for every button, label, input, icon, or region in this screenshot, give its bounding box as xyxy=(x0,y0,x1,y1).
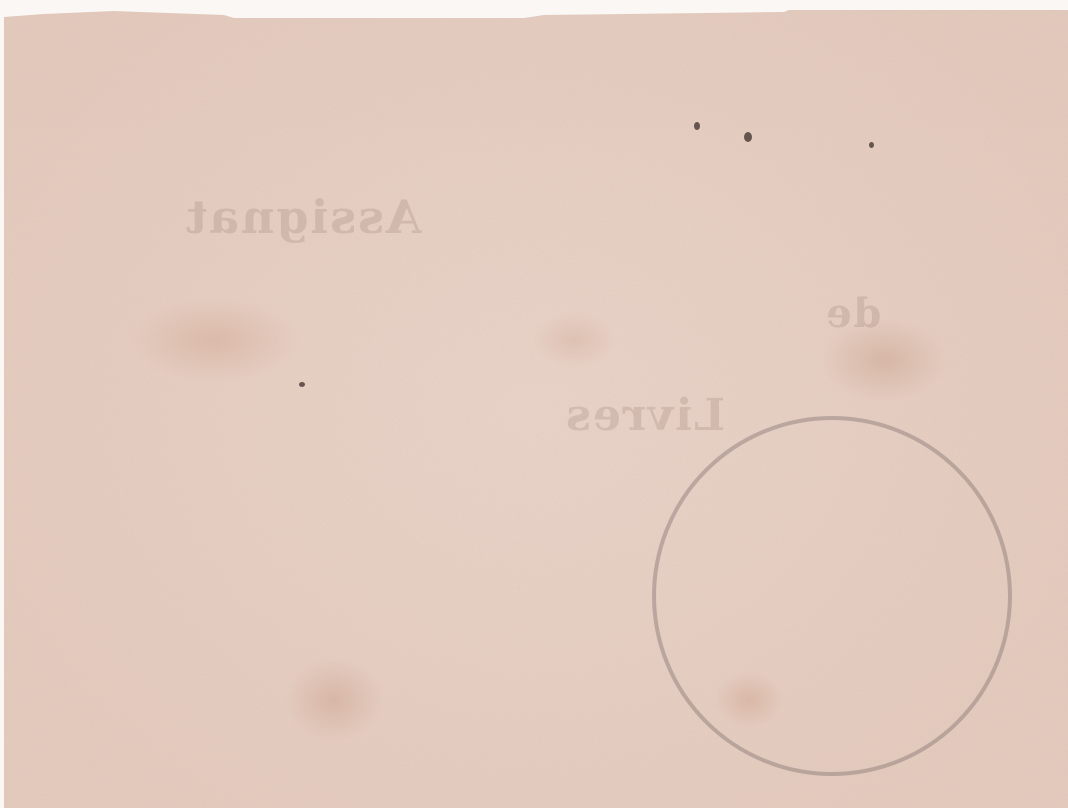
ink-speck xyxy=(299,382,305,387)
ghost-text: Livres xyxy=(564,390,725,441)
ghost-text: de xyxy=(824,290,881,337)
aged-paper: Assignat de Livres xyxy=(4,10,1068,808)
ink-speck xyxy=(869,142,874,148)
ink-speck xyxy=(694,122,700,130)
ghost-text: Assignat xyxy=(184,190,422,244)
circular-stamp xyxy=(652,416,1012,776)
ink-speck xyxy=(744,132,752,142)
